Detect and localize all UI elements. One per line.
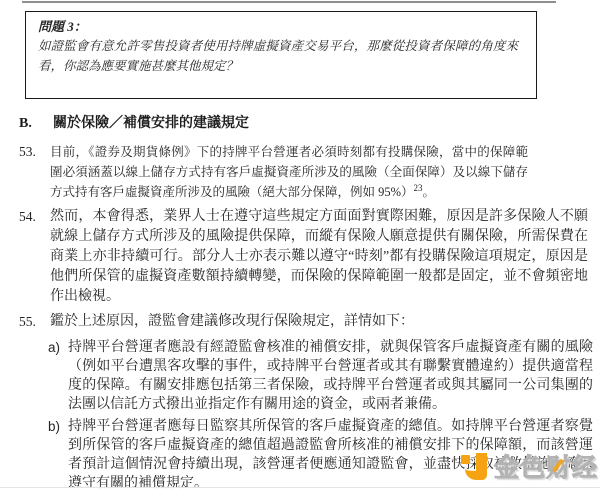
paragraph-53-text: 目前，《證券及期貨條例》下的持牌平台營運者必須時刻都有投購保險，當中的保障範圍必…: [50, 142, 528, 202]
jinse-finance-watermark: 金色财经: [460, 453, 598, 483]
page-top-rule: [22, 1, 556, 3]
paragraph-53-number: 53.: [19, 142, 50, 202]
paragraph-54: 54. 然而，本會得悉，業界人士在遵守這些規定方面面對實際困難，原因是許多保險人…: [19, 207, 600, 307]
paragraph-53-body: 目前，《證券及期貨條例》下的持牌平台營運者必須時刻都有投購保險，當中的保障範圍必…: [50, 145, 528, 199]
section-heading-label: B.: [19, 114, 53, 134]
watermark-brand-label: 金色财经: [494, 454, 598, 482]
paragraph-53-suffix: 。: [423, 185, 436, 199]
footnote-ref-23: 23: [414, 183, 423, 193]
paragraph-54-number: 54.: [19, 207, 50, 307]
question-box-body: 如證監會有意允許零售投資者使用持牌虛擬資產交易平台，那麼從投資者保障的角度來看，…: [38, 36, 518, 76]
watermark-brand-text: 金色财经: [494, 453, 598, 483]
section-heading-title: 關於保險／補償安排的建議規定: [53, 114, 249, 134]
paragraph-53: 53. 目前，《證券及期貨條例》下的持牌平台營運者必須時刻都有投購保險，當中的保…: [19, 142, 600, 202]
question-box-title: 問題 3：: [38, 18, 516, 36]
question-box: 問題 3： 如證監會有意允許零售投資者使用持牌虛擬資產交易平台，那麼從投資者保障…: [25, 11, 537, 99]
paragraph-55-text: 鑑於上述原因，證監會建議修改現行保險規定，詳情如下：: [50, 312, 588, 332]
page-bottom-rule: [0, 487, 600, 488]
list-item-a-text: 持牌平台營運者應設有經證監會核准的補償安排，就與保管客戶虛擬資產有關的風險（例如…: [68, 338, 593, 414]
list-item-a-marker: a): [48, 338, 68, 414]
section-heading: B. 關於保險／補償安排的建議規定: [19, 114, 600, 134]
paragraph-54-text: 然而，本會得悉，業界人士在遵守這些規定方面面對實際困難，原因是許多保險人不願就線…: [50, 207, 588, 307]
paragraph-55: 55. 鑑於上述原因，證監會建議修改現行保險規定，詳情如下：: [19, 312, 600, 332]
paragraph-55-number: 55.: [19, 312, 50, 332]
jinse-finance-logo-icon: [460, 453, 490, 483]
list-item-a: a) 持牌平台營運者應設有經證監會核准的補償安排，就與保管客戶虛擬資產有關的風險…: [48, 338, 600, 414]
list-item-b-marker: b): [48, 417, 68, 490]
